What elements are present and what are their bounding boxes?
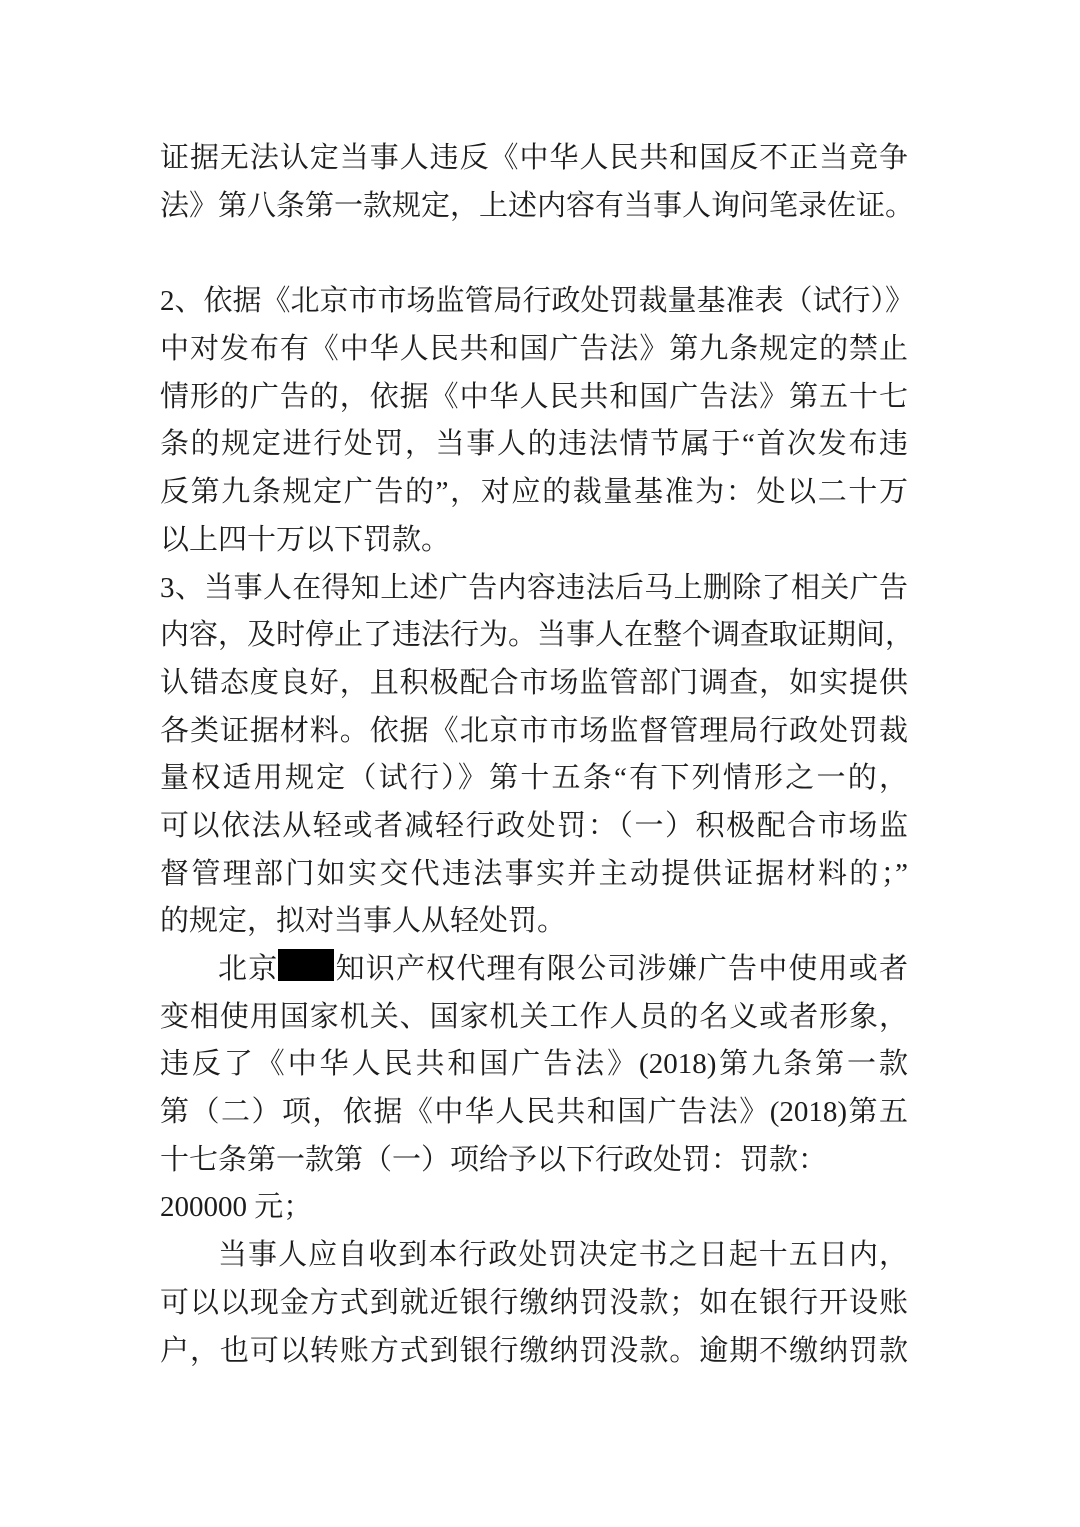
fine-amount-line: 200000 元； (160, 1184, 908, 1232)
paragraph-item-2-benchmark: 2、依据《北京市市场监管局行政处罚裁量基准表（试行）》 中对发布有《中华人民共和… (160, 278, 908, 564)
text-line: 户，也可以转账方式到银行缴纳罚没款。逾期不缴纳罚款 (160, 1328, 908, 1376)
text-line: 的规定，拟对当事人从轻处罚。 (160, 898, 908, 946)
text-line: 以上四十万以下罚款。 (160, 517, 908, 565)
text-line: 量权适用规定（试行）》第十五条“有下列情形之一的， (160, 755, 908, 803)
text-line: 变相使用国家机关、国家机关工作人员的名义或者形象， (160, 994, 908, 1042)
paragraph-penalty-decision: 北京知识产权代理有限公司涉嫌广告中使用或者 变相使用国家机关、国家机关工作人员的… (160, 946, 908, 1232)
text-line: 违反了《中华人民共和国广告法》(2018)第九条第一款 (160, 1041, 908, 1089)
paragraph-payment-instructions: 当事人应自收到本行政处罚决定书之日起十五日内， 可以以现金方式到就近银行缴纳罚没… (160, 1232, 908, 1375)
redaction-box (278, 949, 334, 981)
document-page: 证据无法认定当事人违反《中华人民共和国反不正当竞争 法》第八条第一款规定，上述内… (0, 0, 1080, 1527)
text-line: 2、依据《北京市市场监管局行政处罚裁量基准表（试行）》 (160, 278, 908, 326)
text-line: 3、当事人在得知上述广告内容违法后马上删除了相关广告 (160, 565, 908, 613)
text-line: 反第九条规定广告的”，对应的裁量基准为：处以二十万 (160, 469, 908, 517)
text-line: 情形的广告的，依据《中华人民共和国广告法》第五十七 (160, 374, 908, 422)
paragraph-item-3-mitigation: 3、当事人在得知上述广告内容违法后马上删除了相关广告 内容，及时停止了违法行为。… (160, 565, 908, 947)
text-line: 内容，及时停止了违法行为。当事人在整个调查取证期间， (160, 612, 908, 660)
company-name-prefix: 北京 (218, 953, 278, 985)
text-line: 中对发布有《中华人民共和国广告法》第九条规定的禁止 (160, 326, 908, 374)
page-content: 证据无法认定当事人违反《中华人民共和国反不正当竞争 法》第八条第一款规定，上述内… (160, 135, 908, 1375)
text-line: 可以依法从轻或者减轻行政处罚：（一）积极配合市场监 (160, 803, 908, 851)
text-line: 证据无法认定当事人违反《中华人民共和国反不正当竞争 (160, 135, 908, 183)
text-line: 可以以现金方式到就近银行缴纳罚没款；如在银行开设账 (160, 1280, 908, 1328)
text-line: 各类证据材料。依据《北京市市场监督管理局行政处罚裁 (160, 708, 908, 756)
text-line-with-redaction: 北京知识产权代理有限公司涉嫌广告中使用或者 (160, 946, 908, 994)
text-line: 认错态度良好，且积极配合市场监管部门调查，如实提供 (160, 660, 908, 708)
text-line: 十七条第一款第（一）项给予以下行政处罚：罚款： (160, 1137, 908, 1185)
text-line: 当事人应自收到本行政处罚决定书之日起十五日内， (160, 1232, 908, 1280)
text-line: 条的规定进行处罚，当事人的违法情节属于“首次发布违 (160, 421, 908, 469)
text-line: 法》第八条第一款规定，上述内容有当事人询问笔录佐证。 (160, 183, 908, 231)
text-line: 督管理部门如实交代违法事实并主动提供证据材料的；” (160, 851, 908, 899)
company-name-suffix: 知识产权代理有限公司涉嫌广告中使用或者 (334, 953, 908, 985)
text-line: 第（二）项，依据《中华人民共和国广告法》(2018)第五 (160, 1089, 908, 1137)
paragraph-continuation-evidence: 证据无法认定当事人违反《中华人民共和国反不正当竞争 法》第八条第一款规定，上述内… (160, 135, 908, 230)
